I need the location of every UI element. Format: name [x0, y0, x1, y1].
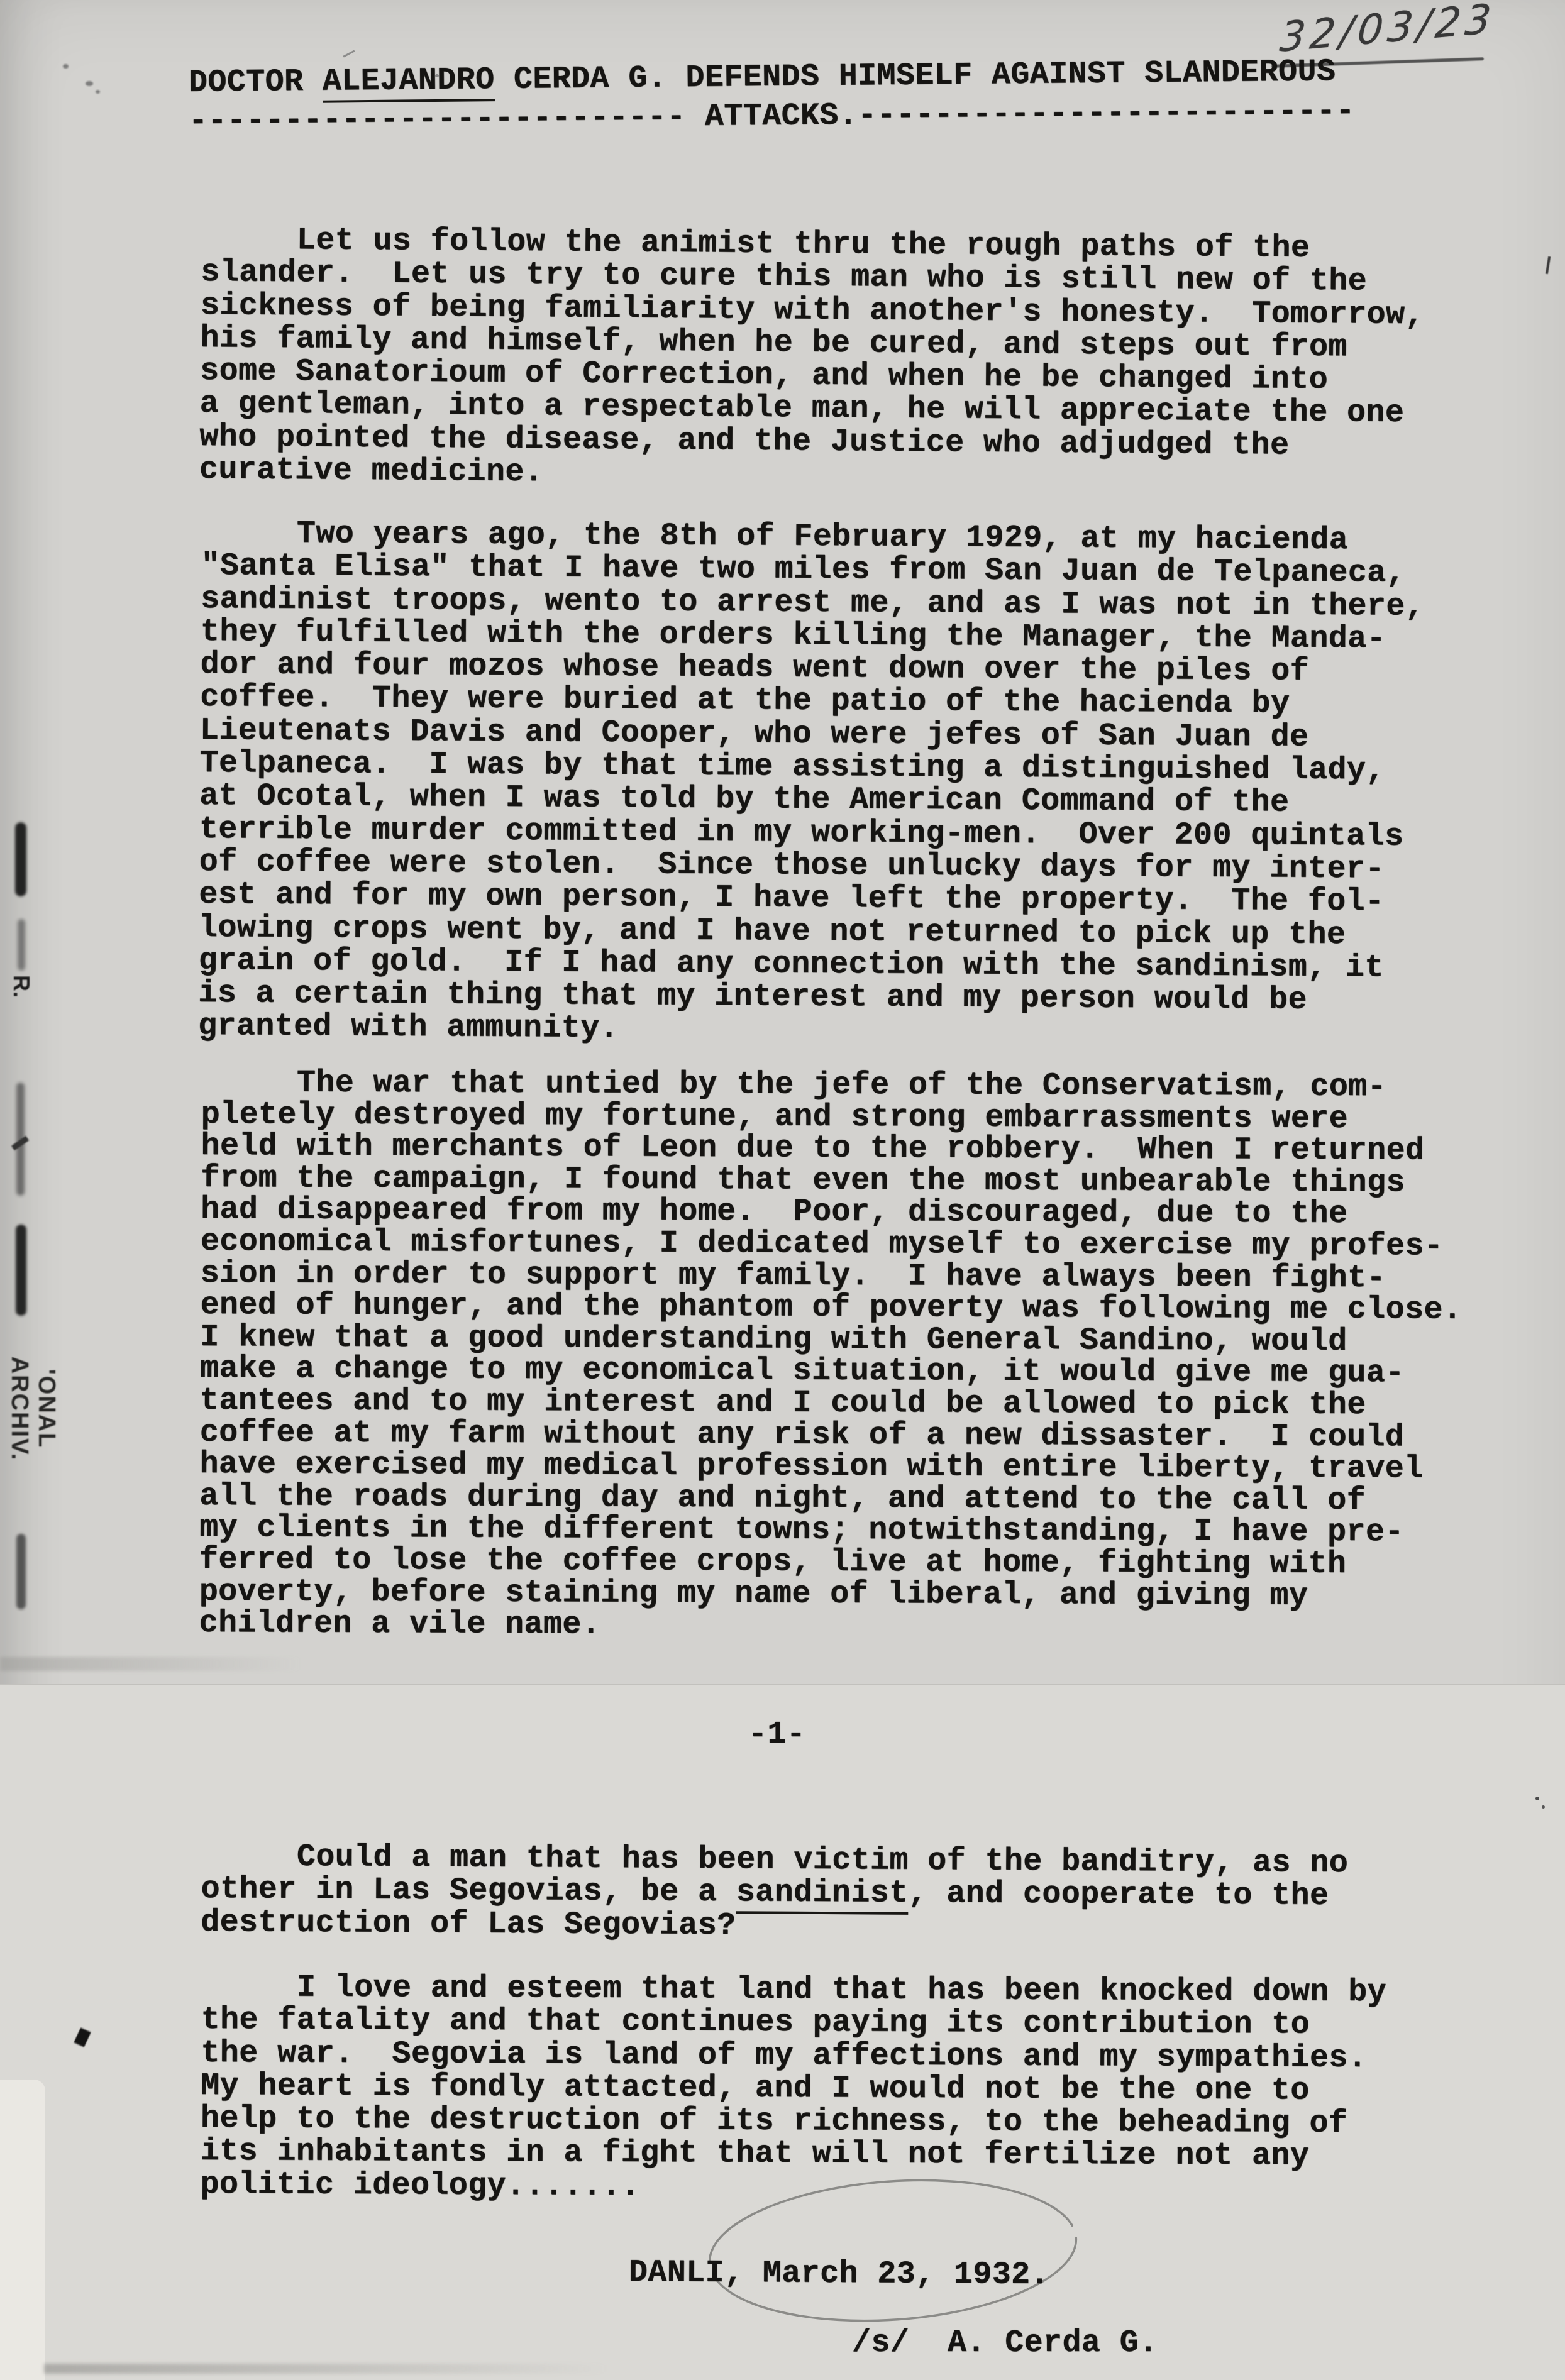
- document-title-rule: -------------------------- ATTACKS.-----…: [189, 96, 1355, 138]
- scan-smudge: [18, 919, 25, 971]
- paragraph: Let us follow the animist thru the rough…: [199, 224, 1425, 497]
- underlined-word-sandinist: sandinist: [736, 1875, 909, 1915]
- pencil-circle-icon: [701, 2172, 1085, 2329]
- paragraph: Two years ago, the 8th of February 1929,…: [198, 517, 1425, 1051]
- dashed-rule: --------------------------: [858, 94, 1355, 134]
- title-underlined-word: ALEJANDRO: [323, 62, 495, 103]
- scan-mark: [435, 74, 439, 77]
- title-word-attacks: ATTACKS.: [685, 98, 858, 135]
- scan-smudge: [15, 822, 26, 896]
- scan-speck: [96, 90, 100, 94]
- dateline: DANLI, March 23, 1932.: [629, 2257, 1049, 2292]
- scan-smudge: [16, 1225, 26, 1316]
- page-break-smudge: [0, 1657, 302, 1671]
- scan-mark: [1542, 1805, 1545, 1809]
- handwritten-date: 32/03/23: [1278, 0, 1532, 62]
- text-segment: , and cooperate to the: [908, 1876, 1329, 1914]
- paragraph: Could a man that has been victim of the …: [201, 1841, 1348, 1946]
- document-title: DOCTOR ALEJANDRO CERDA G. DEFENDS HIMSEL…: [189, 56, 1336, 100]
- signature-line: /s/ A. Cerda G.: [852, 2327, 1158, 2360]
- paragraph: The war that untied by the jefe of the C…: [199, 1067, 1463, 1645]
- scan-speck: [86, 81, 93, 86]
- document-page: 32/03/23 DOCTOR ALEJANDRO CERDA G. DEFEN…: [0, 0, 1565, 2380]
- scan-mark: [1535, 1797, 1539, 1800]
- page-number: -1-: [748, 1719, 805, 1751]
- title-text: DOCTOR: [189, 64, 323, 101]
- dashed-rule: --------------------------: [189, 99, 686, 140]
- page-edge: [0, 2080, 45, 2380]
- archive-stamp: 'ONAL ARCHIV.: [6, 1314, 60, 1503]
- title-text: CERDA G. DEFENDS HIMSELF AGAINST SLANDER…: [494, 54, 1336, 98]
- scan-smudge: [16, 1534, 26, 1609]
- scan-speck: [63, 64, 69, 69]
- scan-mark: [1546, 256, 1551, 274]
- scan-mark: [343, 50, 355, 57]
- scan-smudge: [44, 2364, 610, 2374]
